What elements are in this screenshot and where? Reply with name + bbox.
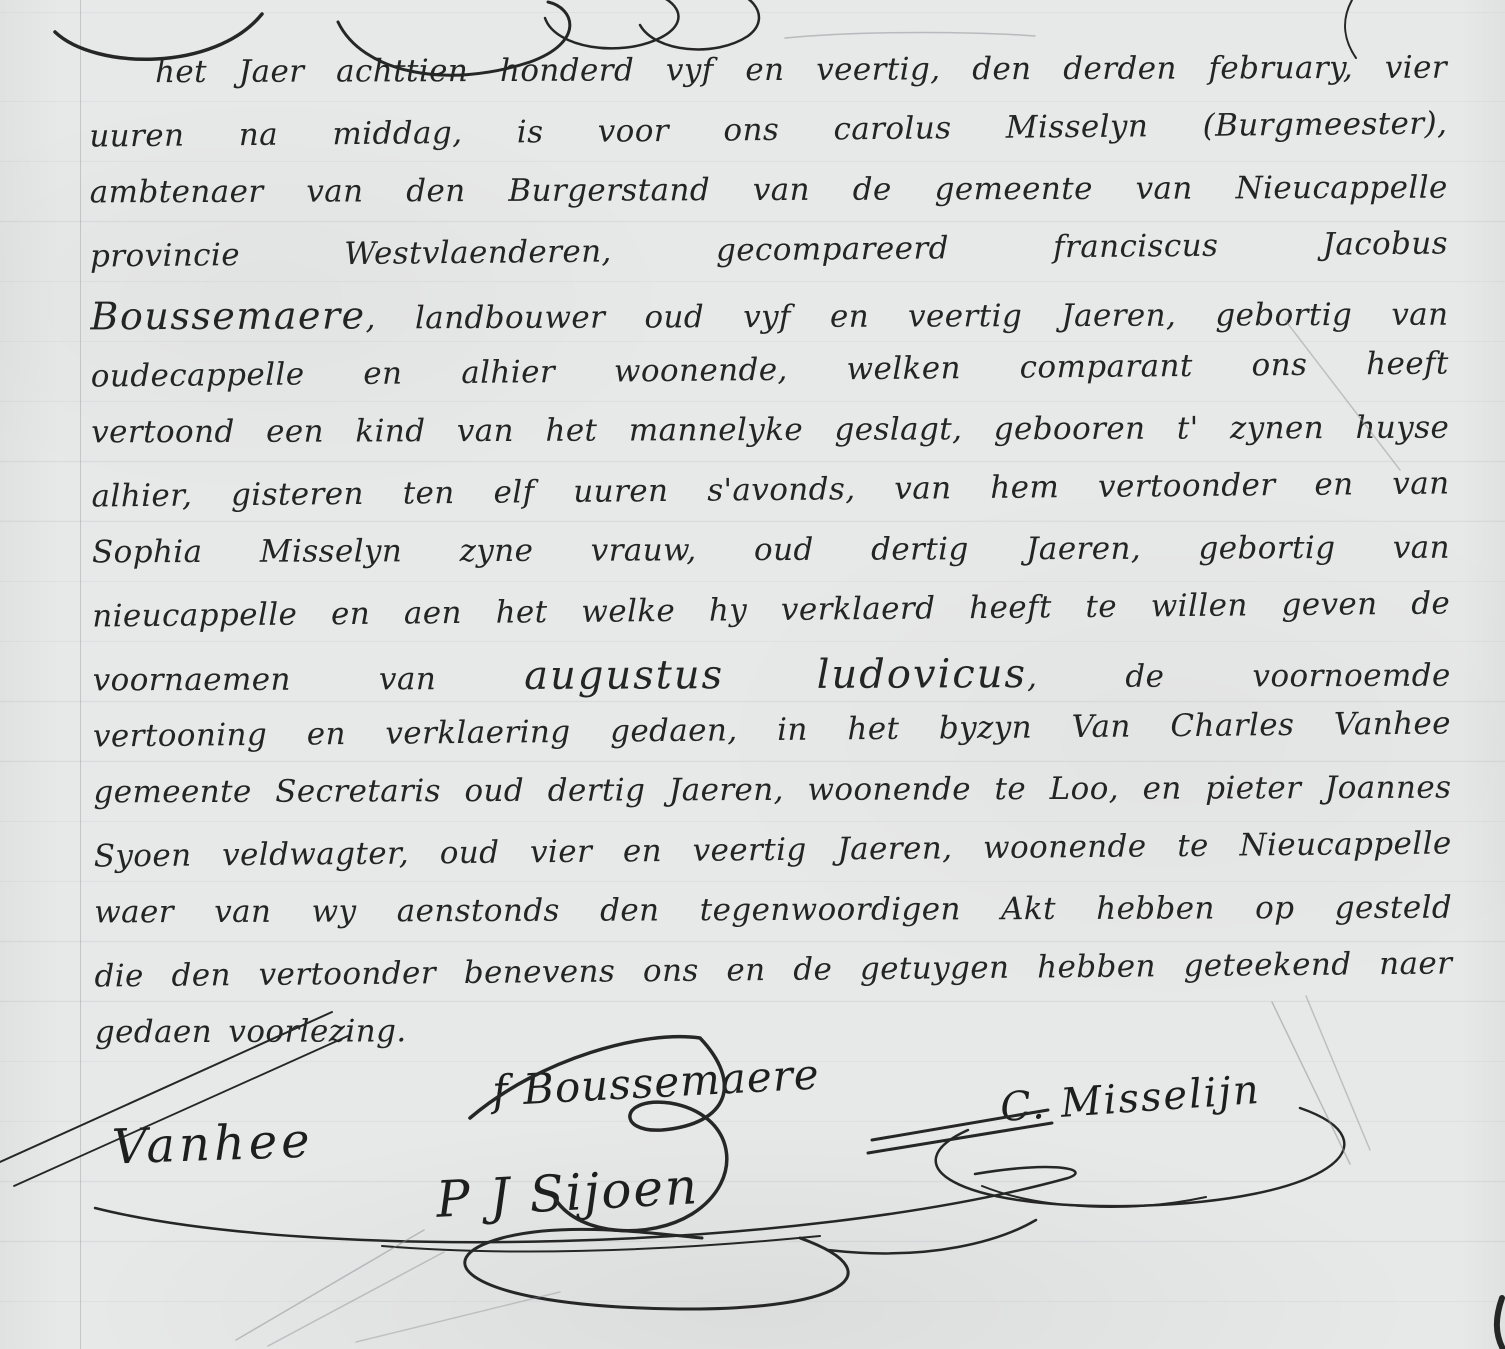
vanhee-underline-flourish xyxy=(382,1236,820,1251)
manuscript-line: alhier, gisteren ten elf uuren s'avonds,… xyxy=(91,465,1450,538)
manuscript-line-text: , de voornoemde xyxy=(1027,658,1451,695)
manuscript-scan-page: het Jaer achttien honderd vyf en veertig… xyxy=(0,0,1505,1349)
manuscript-line: Syoen veldwagter, oud vier en veertig Ja… xyxy=(94,825,1453,898)
manuscript-line: ambtenaer van den Burgerstand van de gem… xyxy=(90,170,1448,235)
manuscript-line: die den vertoonder benevens ons en de ge… xyxy=(94,945,1453,1018)
manuscript-line: voornaemen van augustus ludovicus, de vo… xyxy=(93,650,1451,715)
manuscript-line: uuren na middag, is voor ons carolus Mis… xyxy=(89,105,1448,178)
signature-vanhee: Vanhee xyxy=(111,1113,314,1176)
pencil-hatch xyxy=(236,1230,424,1340)
manuscript-line: Boussemaere, landbouwer oud vyf en veert… xyxy=(90,290,1448,355)
manuscript-line: Sophia Misselyn zyne vrauw, oud dertig J… xyxy=(92,530,1450,595)
sijoen-oval-flourish xyxy=(465,1229,848,1309)
flourish-top-ring xyxy=(640,0,759,49)
manuscript-line: nieucappelle en aen het welke hy verklae… xyxy=(92,585,1451,658)
page-edge xyxy=(1497,1298,1503,1349)
manuscript-line: provincie Westvlaenderen, gecompareerd f… xyxy=(90,225,1449,298)
pencil-hatch xyxy=(268,1252,444,1346)
manuscript-line: gemeente Secretaris oud dertig Jaeren, w… xyxy=(93,770,1451,835)
child-given-names: augustus ludovicus xyxy=(524,651,1027,699)
misselijn-oval-flourish xyxy=(982,1186,1206,1207)
manuscript-line: oudecappelle en alhier woonende, welken … xyxy=(91,345,1450,418)
flourish-top-ring xyxy=(545,0,678,48)
pencil-hatch xyxy=(356,1292,560,1342)
signature-sijoen: P J Sijoen xyxy=(435,1157,701,1229)
margin-rule-line xyxy=(80,0,81,1349)
flourish-top-arc xyxy=(55,14,262,59)
manuscript-line: waer van wy aenstonds den tegenwoordigen… xyxy=(94,890,1452,955)
sijoen-tail-flourish xyxy=(828,1220,1036,1253)
manuscript-line-text: voornaemen van xyxy=(93,661,525,699)
manuscript-line: vertooning en verklaering gedaen, in het… xyxy=(93,705,1452,778)
signature-misselijn: C. Misselijn xyxy=(999,1067,1262,1131)
father-surname: Boussemaere xyxy=(90,293,365,338)
manuscript-line-text: , landbouwer oud vyf en veertig Jaeren, … xyxy=(366,297,1449,337)
pencil-mark xyxy=(785,33,1035,39)
manuscript-text-block: het Jaer achttien honderd vyf en veertig… xyxy=(89,48,1453,1076)
misselijn-oval-flourish xyxy=(936,1108,1345,1206)
manuscript-line: het Jaer achttien honderd vyf en veertig… xyxy=(89,50,1447,115)
manuscript-line: vertoond een kind van het mannelyke gesl… xyxy=(91,410,1449,475)
